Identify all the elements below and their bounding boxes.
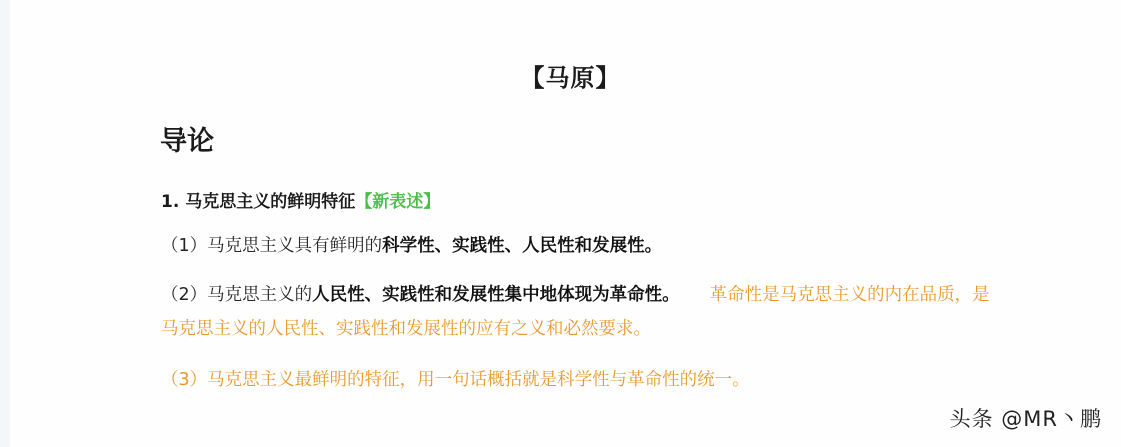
chapter-heading: 导论 [160, 119, 214, 158]
paragraph-3: （3）马克思主义最鲜明的特征，用一句话概括就是科学性与革命性的统一。 [161, 363, 991, 397]
new-statement-tag: 【新表述】 [355, 192, 440, 212]
paragraph-1-bold: 科学性、实践性、人民性和发展性。 [382, 236, 662, 256]
section-heading: 1. 马克思主义的鲜明特征【新表述】 [161, 187, 440, 212]
paragraph-2-text: （2）马克思主义的 [161, 285, 312, 305]
paragraph-2-bold: 人民性、实践性和发展性集中地体现为革命性。 [312, 285, 680, 305]
paragraph-1-text: （1）马克思主义具有鲜明的 [161, 236, 382, 256]
paragraph-2: （2）马克思主义的人民性、实践性和发展性集中地体现为革命性。革命性是马克思主义的… [161, 278, 991, 346]
section-title: 1. 马克思主义的鲜明特征 [161, 192, 355, 212]
watermark: 头条 @MR丶鹏 [950, 403, 1102, 433]
document-title: 【马原】 [0, 58, 1121, 93]
paragraph-1: （1）马克思主义具有鲜明的科学性、实践性、人民性和发展性。 [161, 229, 991, 263]
